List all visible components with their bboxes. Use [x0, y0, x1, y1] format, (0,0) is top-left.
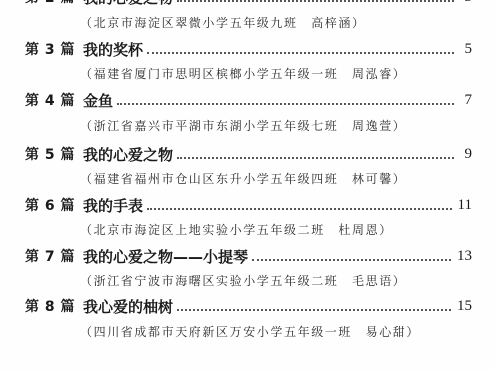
author-line: （四川省成都市天府新区万安小学五年级一班 易心甜） [80, 323, 420, 339]
author-line: （北京市海淀区上地实验小学五年级二班 杜周恩） [80, 221, 393, 237]
page-number: 9 [460, 146, 472, 163]
entry-title: 我的手表 [83, 195, 143, 216]
entry-title: 我的心爱之物 [83, 144, 173, 165]
author-line: （北京市海淀区翠微小学五年级九班 高梓涵） [80, 14, 366, 30]
page-number: 13 [457, 248, 472, 265]
author-line: （浙江省嘉兴市平湖市东湖小学五年级七班 周逸萱） [80, 117, 406, 133]
toc-entry-row[interactable]: 第 3 篇 我的奖杯 5 [25, 39, 472, 59]
dot-leader [177, 295, 451, 311]
chapter-label: 第 4 篇 [25, 90, 83, 110]
dot-leader [177, 143, 454, 159]
author-line: （福建省厦门市思明区槟榔小学五年级一班 周泓睿） [80, 65, 406, 81]
author-line: （福建省福州市仓山区东升小学五年级四班 林可馨） [80, 170, 406, 186]
chapter-label: 第 7 篇 [25, 246, 83, 266]
chapter-label: 第 6 篇 [25, 195, 83, 215]
entry-title: 我的奖杯 [83, 39, 143, 60]
chapter-label: 第 5 篇 [25, 144, 83, 164]
page-number: 11 [458, 197, 472, 214]
toc-entry-row[interactable]: 第 5 篇 我的心爱之物 9 [25, 144, 472, 164]
chapter-label: 第 3 篇 [25, 39, 83, 59]
entry-title: 我的心爱之物——小提琴 [83, 246, 248, 267]
toc-entry-row[interactable]: 第 2 篇 我的心爱之物 3 [25, 0, 472, 7]
page-number: 5 [460, 41, 472, 58]
entry-title: 我的心爱之物 [83, 0, 173, 8]
dot-leader [147, 194, 452, 210]
page-number: 15 [457, 298, 472, 315]
toc-entry-row[interactable]: 第 8 篇 我心爱的柚树 15 [25, 296, 472, 316]
dot-leader [177, 0, 454, 2]
dot-leader [252, 245, 451, 261]
page-number: 3 [460, 0, 472, 6]
chapter-label: 第 8 篇 [25, 296, 83, 316]
chapter-label: 第 2 篇 [25, 0, 83, 7]
toc-entry-row[interactable]: 第 6 篇 我的手表 11 [25, 195, 472, 215]
entry-title: 金鱼 [83, 90, 113, 111]
entry-title: 我心爱的柚树 [83, 296, 173, 317]
toc-entry-row[interactable]: 第 4 篇 金鱼 7 [25, 90, 472, 110]
dot-leader [117, 89, 454, 105]
dot-leader [147, 38, 454, 54]
page-number: 7 [460, 92, 472, 109]
toc-entry-row[interactable]: 第 7 篇 我的心爱之物——小提琴 13 [25, 246, 472, 266]
author-line: （浙江省宁波市海曙区实验小学五年级二班 毛思语） [80, 272, 406, 288]
